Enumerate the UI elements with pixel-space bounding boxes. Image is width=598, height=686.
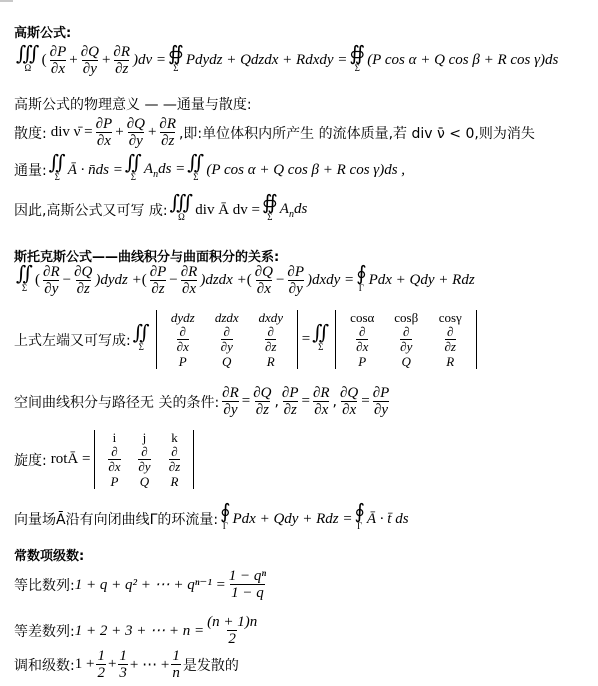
stokes-determinant-form: 上式左端又可写成: ∬Σ dydz dzdx dxdy ∂∂x ∂∂y ∂∂z … — [14, 310, 481, 369]
stokes-formula: ∬Σ ( ∂R∂y − ∂Q∂z )dydz + ( ∂P∂z − ∂R∂x )… — [14, 264, 475, 297]
contour-integral-icon: ∮Γ — [356, 267, 366, 295]
gauss-title: 高斯公式: — [14, 22, 71, 41]
stokes-title: 斯托克斯公式——曲线积分与曲面积分的关系: — [14, 246, 279, 265]
flux-line: 通量: ∬Σ Ā · n̄ds = ∬Σ Ands = ∬Σ (P cos α … — [14, 156, 405, 184]
harmonic-series: 调和级数: 1 + 12 + 13 + ⋯ + 1n 是发散的 — [14, 648, 239, 681]
surface-integral-icon: ∯Σ — [168, 47, 184, 75]
divergence-line: 散度: div ν̄ = ∂P∂x + ∂Q∂y + ∂R∂z ,即:单位体积内… — [14, 116, 535, 149]
gauss-alt-form: 因此,高斯公式又可写 成: ∭Ω div Ā dv = ∯Σ Ands — [14, 196, 307, 224]
curl-line: 旋度: rotĀ = i j k ∂∂x ∂∂y ∂∂z P Q R — [14, 430, 198, 489]
series-title: 常数项级数: — [14, 545, 84, 564]
fraction: ∂P∂x — [49, 44, 68, 77]
surface-integral-icon: ∯Σ — [349, 47, 365, 75]
corner-mark — [0, 0, 13, 2]
fraction: ∂Q∂y — [80, 44, 100, 77]
geometric-series: 等比数列: 1 + q + q² + ⋯ + qⁿ⁻¹ = 1 − qⁿ1 − … — [14, 568, 269, 601]
determinant-2: cosα cosβ cosγ ∂∂x ∂∂y ∂∂z P Q R — [335, 310, 477, 369]
determinant-1: dydz dzdx dxdy ∂∂x ∂∂y ∂∂z P Q R — [156, 310, 298, 369]
gauss-meaning: 高斯公式的物理意义 — —通量与散度: — [14, 94, 252, 114]
arithmetic-series: 等差数列: 1 + 2 + 3 + ⋯ + n = (n + 1)n2 — [14, 614, 260, 647]
curl-determinant: i j k ∂∂x ∂∂y ∂∂z P Q R — [94, 430, 194, 489]
triple-integral-icon: ∭Ω — [16, 47, 40, 75]
gauss-formula: ∭Ω ( ∂P∂x + ∂Q∂y + ∂R∂z )dv = ∯Σ Pdydz +… — [14, 44, 558, 77]
path-independence: 空间曲线积分与路径无 关的条件: ∂R∂y = ∂Q∂z , ∂P∂z = ∂R… — [14, 385, 392, 418]
fraction: ∂R∂z — [112, 44, 131, 77]
circulation-line: 向量场Ā沿有向闭曲线Γ的环流量: ∮Γ Pdx + Qdy + Rdz = ∮Γ… — [14, 505, 409, 533]
